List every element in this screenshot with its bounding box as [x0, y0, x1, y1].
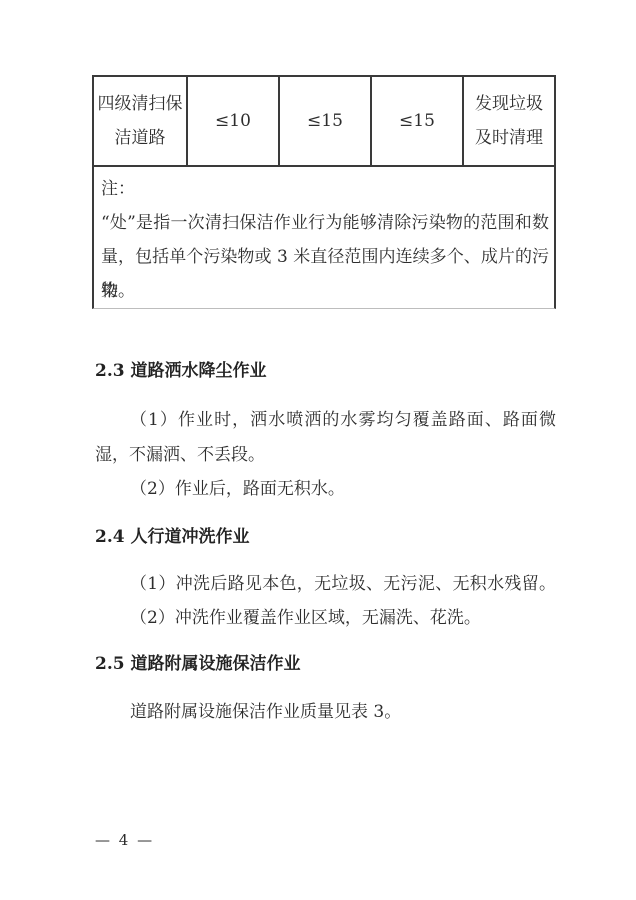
- paragraph-line: （2）冲洗作业覆盖作业区域，无漏洗、花洗。: [92, 607, 556, 629]
- table-row: 四级清扫保 洁道路 ≤10 ≤15 ≤15 发现垃圾 及时清理: [94, 77, 554, 167]
- table-cell-requirement: 发现垃圾 及时清理: [462, 77, 554, 165]
- note-text-line: 物。: [101, 274, 549, 308]
- table-cell-value-1: ≤10: [186, 77, 278, 165]
- paragraph-line: （2）作业后，路面无积水。: [92, 478, 556, 500]
- table-cell-road-class: 四级清扫保 洁道路: [94, 77, 186, 165]
- table-cell-value-2: ≤15: [278, 77, 370, 165]
- paragraph-line: 道路附属设施保洁作业质量见表 3。: [92, 701, 556, 723]
- paragraph-line: （1）作业时，洒水喷洒的水雾均匀覆盖路面、路面微: [92, 409, 556, 431]
- paragraph-line: （1）冲洗后路见本色，无垃圾、无污泥、无积水残留。: [92, 573, 556, 595]
- table-cell-value-3: ≤15: [370, 77, 462, 165]
- section-heading-2-4: 2.4 人行道冲洗作业: [92, 526, 556, 548]
- note-text-line: “处”是指一次清扫保洁作业行为能够清除污染物的范围和数: [101, 206, 549, 240]
- section-heading-2-5: 2.5 道路附属设施保洁作业: [92, 653, 556, 675]
- document-page: 四级清扫保 洁道路 ≤10 ≤15 ≤15 发现垃圾 及时清理 注： “处”是指…: [0, 0, 636, 900]
- page-number: — 4 —: [95, 831, 154, 849]
- quality-standards-table: 四级清扫保 洁道路 ≤10 ≤15 ≤15 发现垃圾 及时清理 注： “处”是指…: [92, 75, 556, 309]
- note-label: 注：: [101, 172, 549, 206]
- paragraph-line: 湿，不漏洒、不丢段。: [92, 444, 556, 466]
- section-heading-2-3: 2.3 道路洒水降尘作业: [92, 360, 556, 382]
- table-note: 注： “处”是指一次清扫保洁作业行为能够清除污染物的范围和数 量，包括单个污染物…: [94, 167, 554, 308]
- note-text-line: 量，包括单个污染物或 3 米直径范围内连续多个、成片的污染: [101, 240, 549, 274]
